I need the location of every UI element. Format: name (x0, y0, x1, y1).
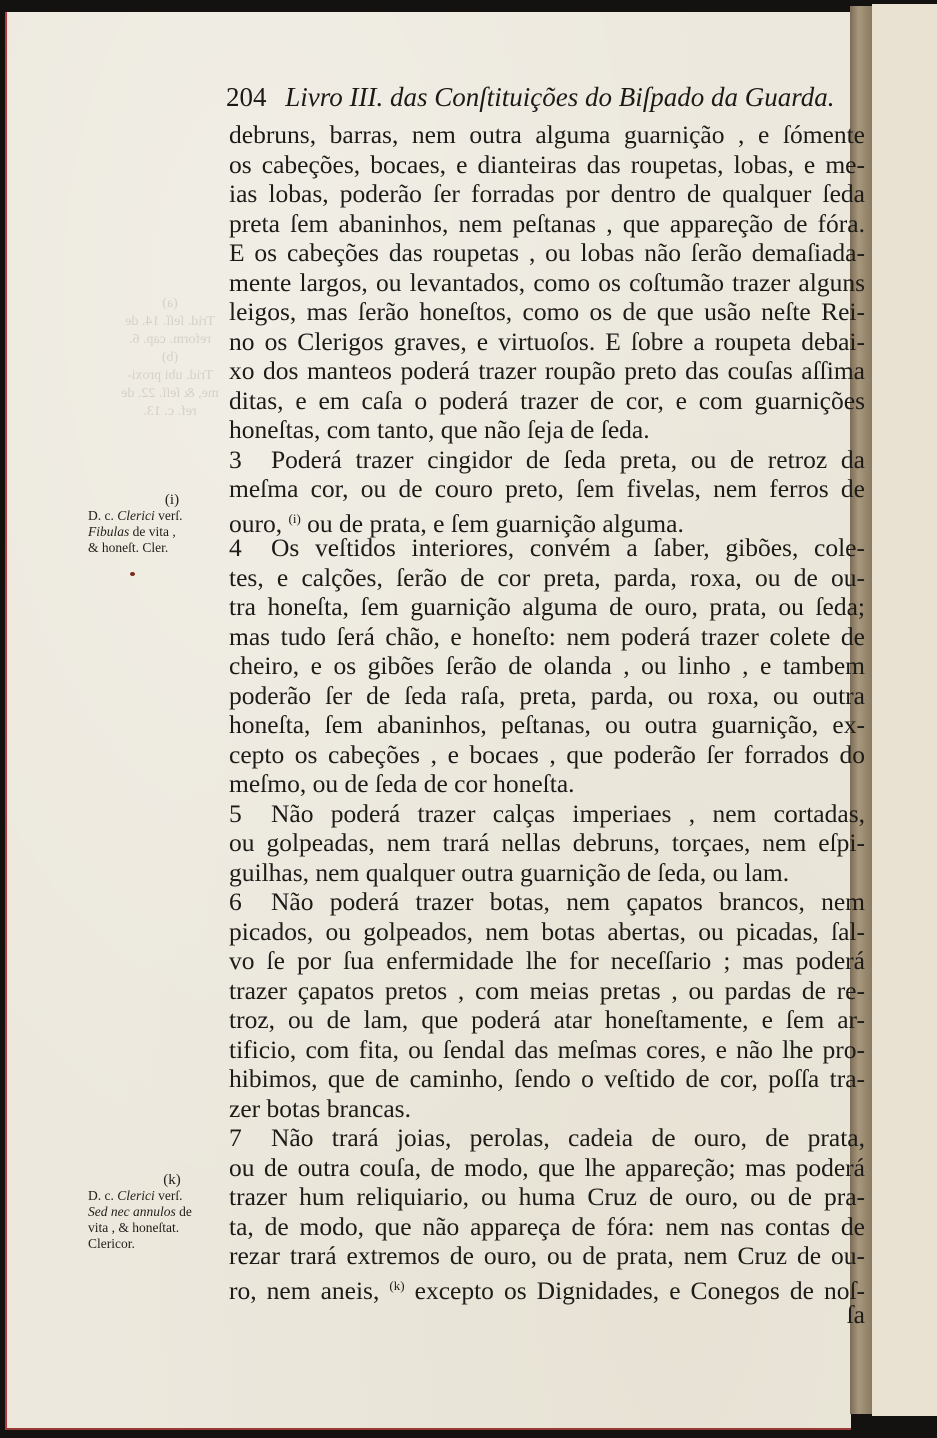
text-line-with-footnote: ro, nem aneis, (k) excepto os Dignidades… (229, 1271, 865, 1301)
paragraph-start: 7Não trará joias, perolas, cadeia de our… (229, 1123, 865, 1153)
text-line: debruns, barras, nem outra alguma guarni… (229, 120, 865, 150)
main-text: debruns, barras, nem outra alguma guarni… (229, 120, 865, 1330)
text-line: meſmo, ou de ſeda de cor honeſta. (229, 769, 865, 799)
text-line: honeſtas, com tanto, que não ſeja de ſed… (229, 415, 865, 445)
margin-note-mark: (i) (88, 492, 226, 508)
text-line: preta ſem abaninhos, nem peſtanas , que … (229, 209, 865, 239)
paragraph-start: 4Os veſtidos interiores, convém a ſaber,… (229, 533, 865, 563)
text-line: picados, ou golpeados, nem botas abertas… (229, 917, 865, 947)
paragraph-number: 3 (229, 445, 261, 475)
text-line: cheiro, e os gibões ſerão de olanda , ou… (229, 651, 865, 681)
text-line: tes, e calções, ſerão de cor preta, pard… (229, 563, 865, 593)
paragraph-number: 5 (229, 799, 261, 829)
facing-page-edge (872, 4, 937, 1416)
show-through-text: (a)Trid. ſeſſ. 14. dereform. cap. 6.(b)T… (110, 295, 230, 421)
text-line: poderão ſer de ſeda raſa, preta, parda, … (229, 681, 865, 711)
paragraph-start: 6Não poderá trazer botas, nem çapatos br… (229, 887, 865, 917)
text-line: os cabeções, bocaes, e dianteiras das ro… (229, 150, 865, 180)
text-line: ta, de modo, que não appareça de fóra: n… (229, 1212, 865, 1242)
running-head: 204 Livro III. das Conſtituições do Biſp… (226, 82, 834, 113)
paragraph-number: 7 (229, 1123, 261, 1153)
text-line: guilhas, nem qualquer outra guarnição de… (229, 858, 865, 888)
text-line: ou golpeadas, nem trará nellas debruns, … (229, 828, 865, 858)
paragraph-number: 6 (229, 887, 261, 917)
text-line: mas tudo ſerá chão, e honeſto: nem poder… (229, 622, 865, 652)
text-line-with-footnote: ouro, (i) ou de prata, e ſem guarnição a… (229, 504, 865, 534)
text-line: xo dos manteos poderá trazer roupão pret… (229, 356, 865, 386)
footnote-marker: (k) (389, 1278, 404, 1293)
text-line: tra honeſta, ſem guarnição alguma de our… (229, 592, 865, 622)
text-line: meſma cor, ou de couro preto, ſem fivela… (229, 474, 865, 504)
text-line: ias lobas, poderão ſer forradas por dent… (229, 179, 865, 209)
text-line: ditas, e em caſa o poderá trazer de cor,… (229, 386, 865, 416)
margin-note-mark: (k) (88, 1172, 226, 1188)
page-number: 204 (226, 82, 267, 112)
paragraph-start: 5Não poderá trazer calças imperiaes , ne… (229, 799, 865, 829)
text-line: cepto os cabeções , e bocaes , que poder… (229, 740, 865, 770)
text-line: hibimos, que de caminho, ſendo o veſtido… (229, 1064, 865, 1094)
text-line: troz, ou de lam, que poderá atar honeſta… (229, 1005, 865, 1035)
text-line: no os Clerigos graves, e virtuoſos. E ſo… (229, 327, 865, 357)
paragraph-number: 4 (229, 533, 261, 563)
text-line: E os cabeções das roupetas , ou lobas nã… (229, 238, 865, 268)
footnote-marker: (i) (289, 511, 301, 526)
running-head-title: Livro III. das Conſtituições do Biſpado … (285, 82, 834, 112)
text-line: mente largos, ou levantados, como os coſ… (229, 268, 865, 298)
text-line: trazer çapatos pretos , com meias pretas… (229, 976, 865, 1006)
text-line: zer botas brancas. (229, 1094, 865, 1124)
text-line: rezar trará extremos de ouro, ou de prat… (229, 1241, 865, 1271)
margin-note-k: (k) D. c. Clerici verſ. Sed nec annulos … (88, 1172, 226, 1252)
paragraph-start: 3Poderá trazer cingidor de ſeda preta, o… (229, 445, 865, 475)
margin-note-i: (i) D. c. Clerici verſ. Fibulas de vita … (88, 492, 226, 556)
text-line: trazer hum reliquiario, ou huma Cruz de … (229, 1182, 865, 1212)
text-line: vo ſe por ſua enfermidade lhe for neceſſ… (229, 946, 865, 976)
text-line: leigos, mas ſerão honeſtos, como os de q… (229, 297, 865, 327)
text-line: honeſta, ſem abaninhos, peſtanas, ou out… (229, 710, 865, 740)
ink-spot (130, 572, 135, 576)
text-line: ou de outra couſa, de modo, que lhe appa… (229, 1153, 865, 1183)
text-line: tificio, com fita, ou ſendal das meſmas … (229, 1035, 865, 1065)
